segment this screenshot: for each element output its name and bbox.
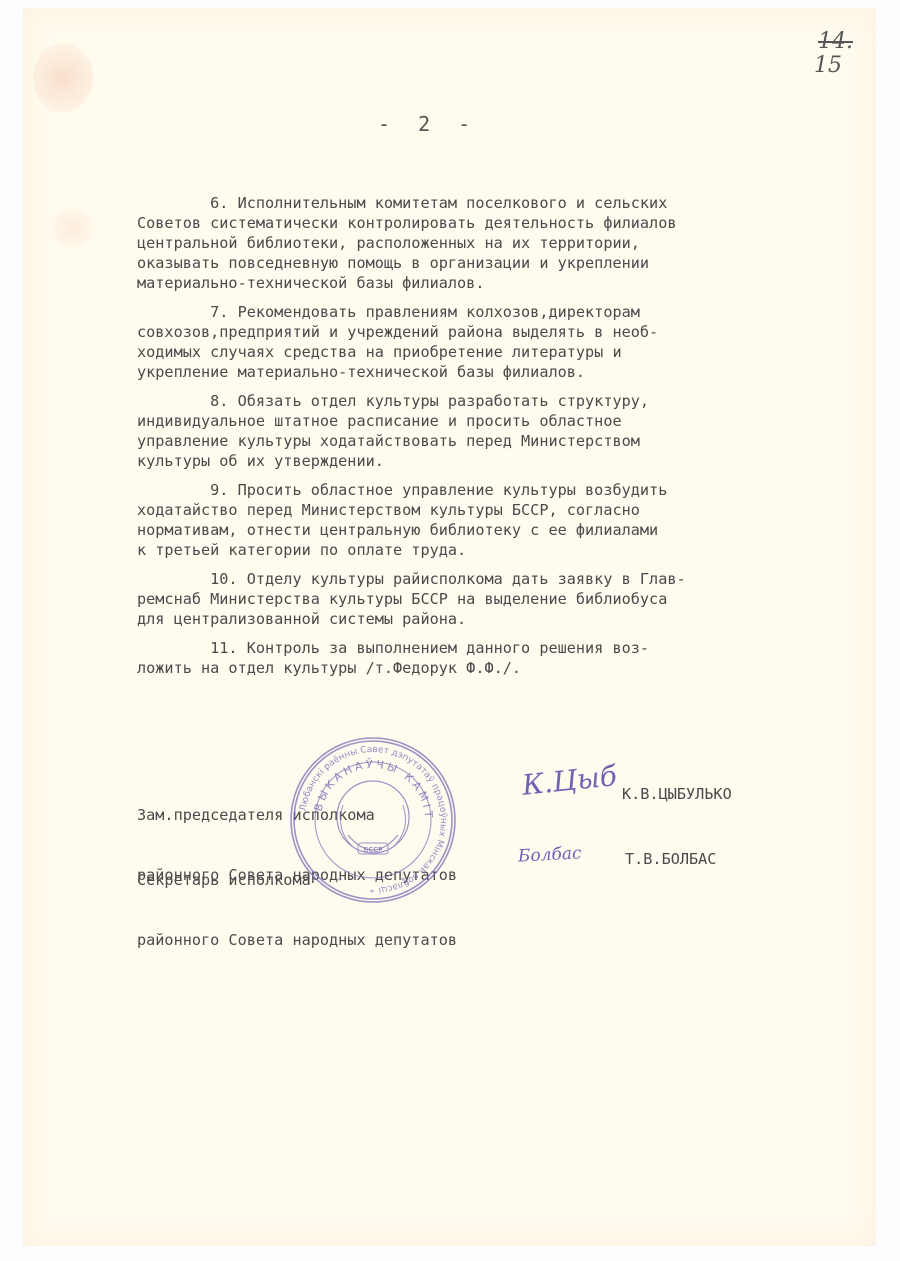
page-number: - 2 - <box>378 112 478 136</box>
text-line: материально-технической базы филиалов. <box>137 273 787 293</box>
resolution-item-10: 10. Отделу культуры райисполкома дать за… <box>137 569 787 629</box>
svg-text:*: * <box>370 888 374 897</box>
text-line: 6. Исполнительным комитетам поселкового … <box>137 193 787 213</box>
paper-stain <box>53 208 93 248</box>
svg-text:*: * <box>338 876 342 885</box>
svg-text:*: * <box>401 876 405 885</box>
text-line: к третьей категории по оплате труда. <box>137 540 787 560</box>
text-line: для централизованной системы района. <box>137 609 787 629</box>
resolution-body: 6. Исполнительным комитетам поселкового … <box>137 193 787 687</box>
text-line: оказывать повседневную помощь в организа… <box>137 253 787 273</box>
svg-text:БССР: БССР <box>364 846 383 854</box>
text-line: ходимых случаях средства на приобретение… <box>137 342 787 362</box>
resolution-item-7: 7. Рекомендовать правлениям колхозов,дир… <box>137 302 787 382</box>
archive-page-number-current: 15 <box>814 54 853 78</box>
text-line: 11. Контроль за выполнением данного реше… <box>137 638 787 658</box>
text-line: совхозов,предприятий и учреждений района… <box>137 322 787 342</box>
text-line: ходатайство перед Министерством культуры… <box>137 500 787 520</box>
signatory-name-secretary: Т.В.БОЛБАС <box>625 850 716 868</box>
text-line: 10. Отделу культуры райисполкома дать за… <box>137 569 787 589</box>
archive-page-number: 14. 15 <box>818 30 853 78</box>
official-stamp-icon: Любанскі раённы Савет дэпутатаў працоўны… <box>288 735 458 905</box>
handwritten-signature-secretary: Болбас <box>518 843 583 866</box>
text-line: укрепление материально-технической базы … <box>137 362 787 382</box>
text-line: нормативам, отнести центральную библиоте… <box>137 520 787 540</box>
signatory-name-deputy-chairman: К.В.ЦЫБУЛЬКО <box>622 785 732 803</box>
signature-title-line: районного Совета народных депутатов <box>137 930 457 950</box>
text-line: 7. Рекомендовать правлениям колхозов,дир… <box>137 302 787 322</box>
resolution-item-6: 6. Исполнительным комитетам поселкового … <box>137 193 787 293</box>
text-line: ложить на отдел культуры /т.Федорук Ф.Ф.… <box>137 658 787 678</box>
archive-page-number-struck: 14. <box>818 30 853 54</box>
resolution-item-9: 9. Просить областное управление культуры… <box>137 480 787 560</box>
text-line: управление культуры ходатайствовать пере… <box>137 431 787 451</box>
paper-stain <box>33 43 93 113</box>
resolution-item-8: 8. Обязать отдел культуры разработать ст… <box>137 391 787 471</box>
text-line: 9. Просить областное управление культуры… <box>137 480 787 500</box>
text-line: культуры об их утверждении. <box>137 451 787 471</box>
resolution-item-11: 11. Контроль за выполнением данного реше… <box>137 638 787 678</box>
text-line: индивидуальное штатное расписание и прос… <box>137 411 787 431</box>
text-line: центральной библиотеки, расположенных на… <box>137 233 787 253</box>
text-line: 8. Обязать отдел культуры разработать ст… <box>137 391 787 411</box>
text-line: ремснаб Министерства культуры БССР на вы… <box>137 589 787 609</box>
text-line: Советов систематически контролировать де… <box>137 213 787 233</box>
